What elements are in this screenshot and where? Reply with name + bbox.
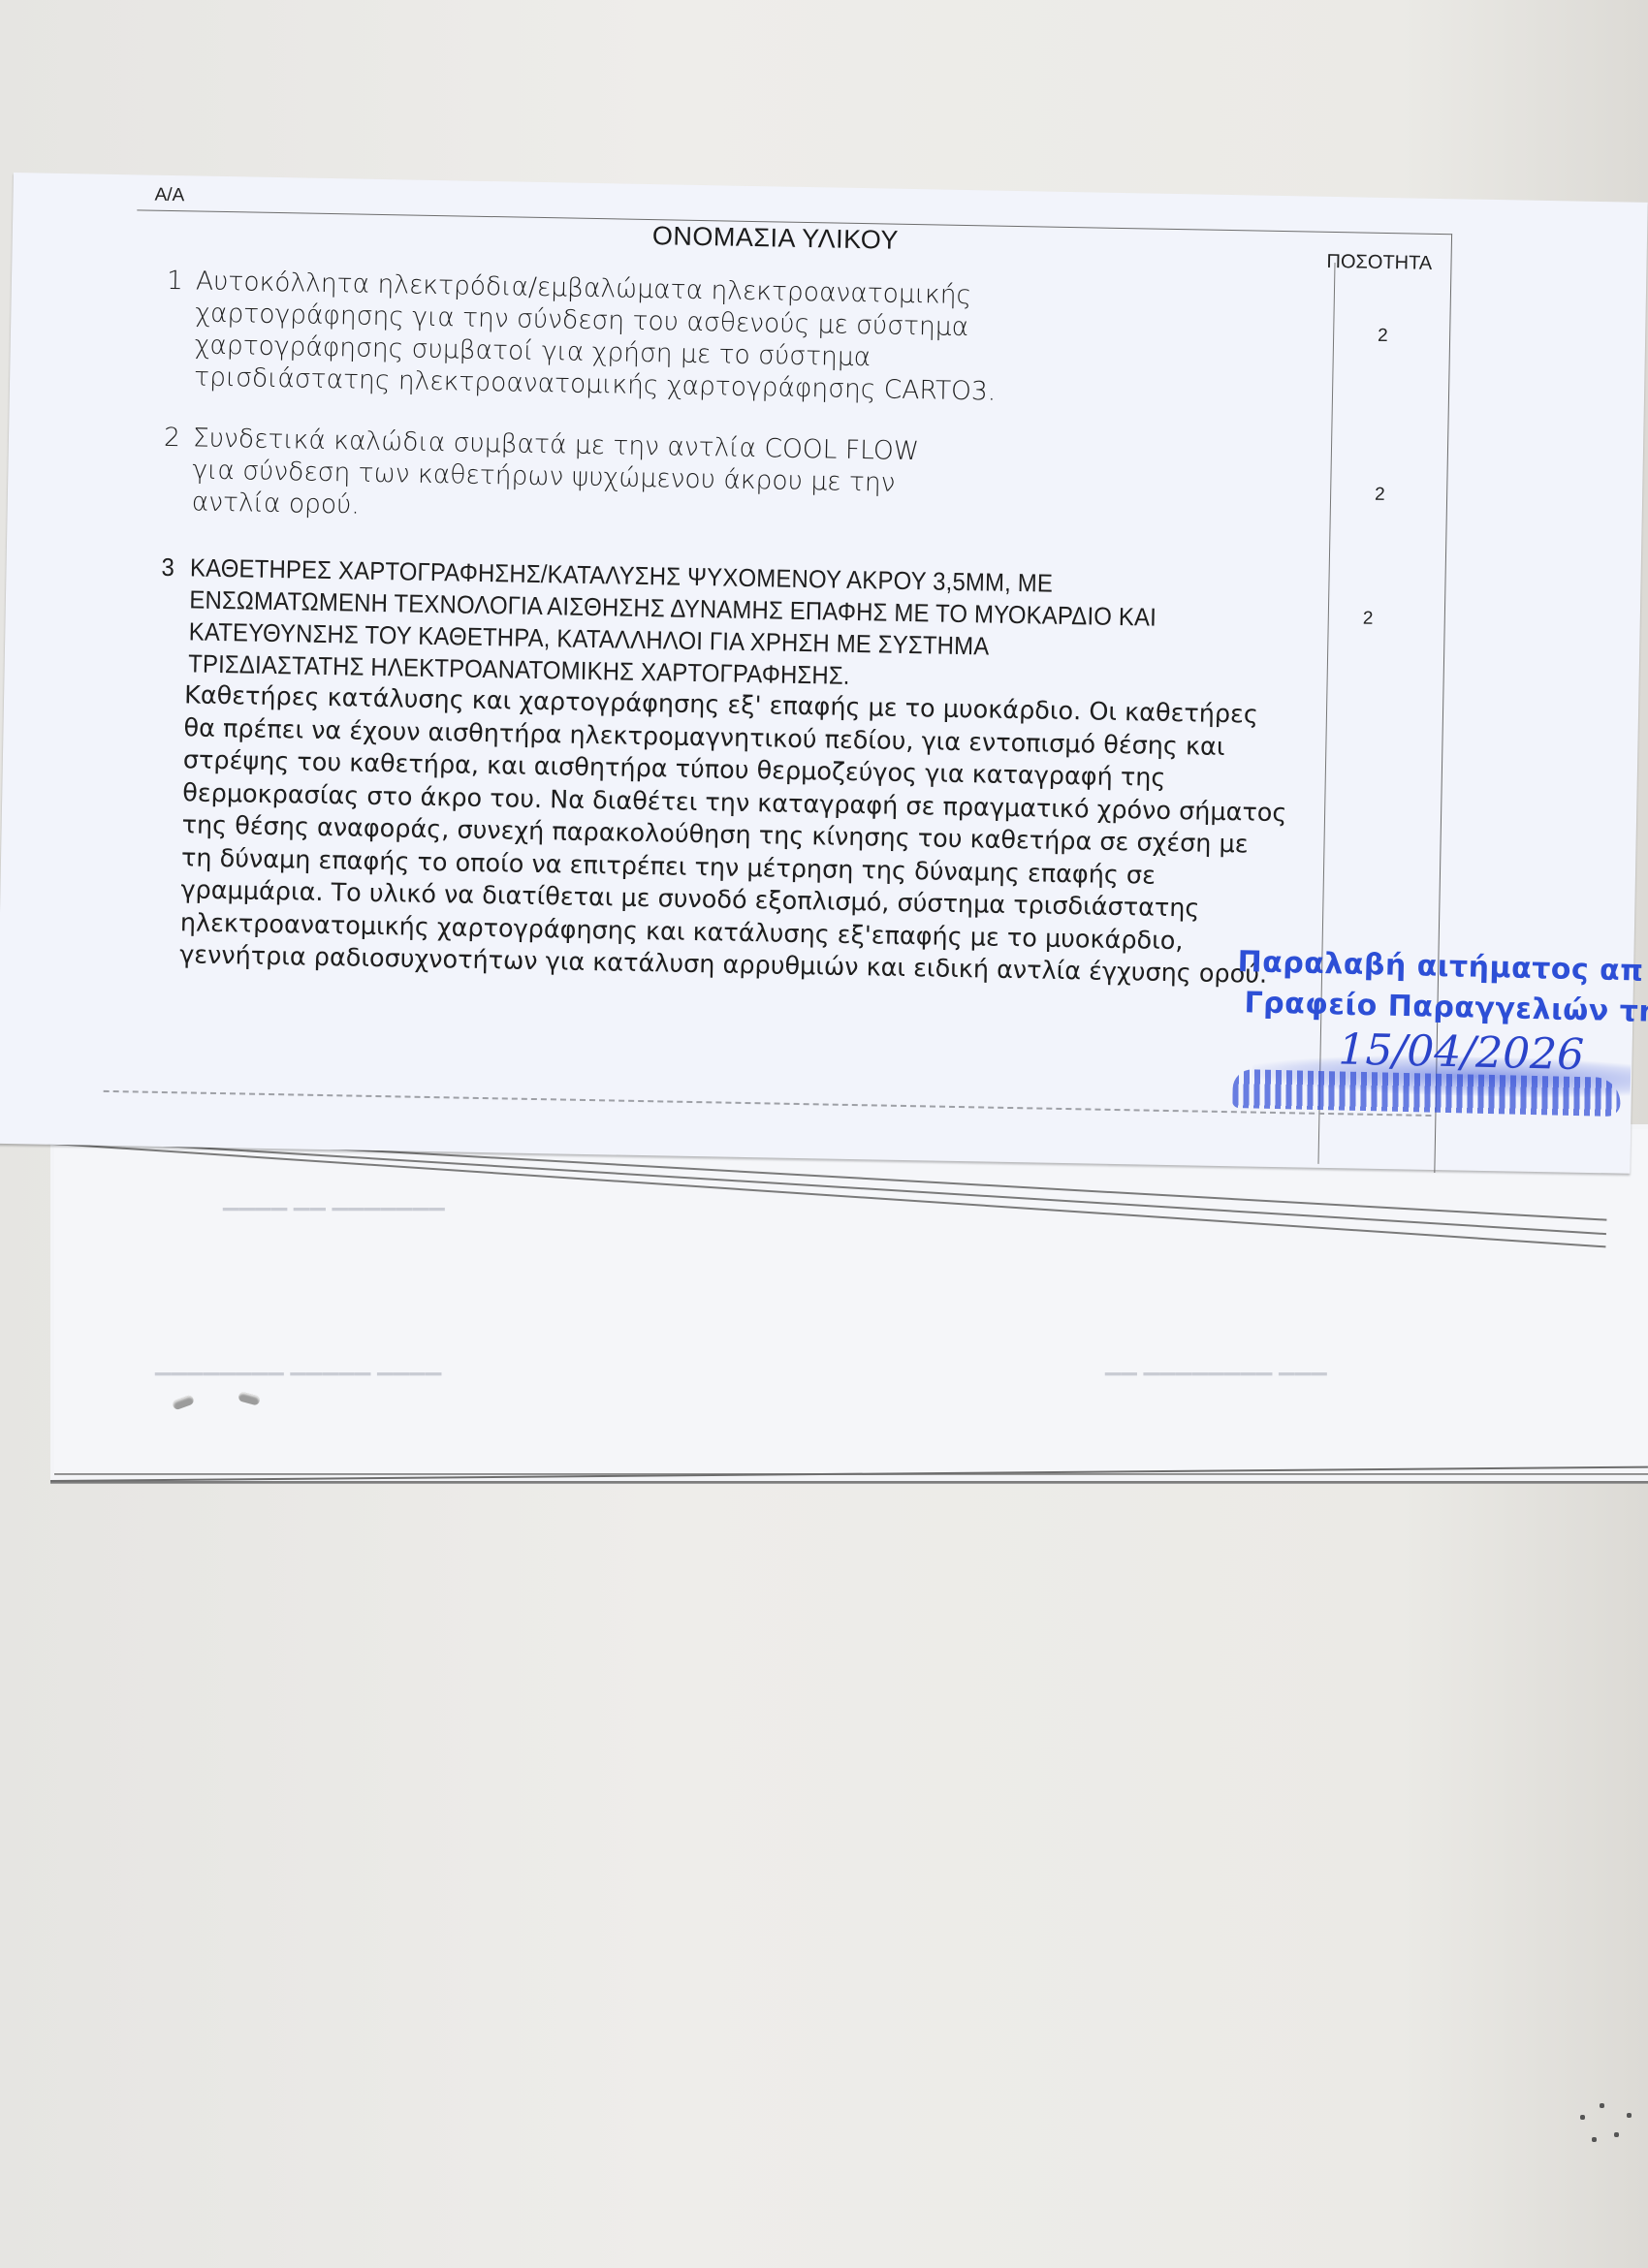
item-3-description: Καθετήρες κατάλυσης και χαρτογράφησης εξ… bbox=[179, 679, 1289, 992]
scan-dust-specks bbox=[1570, 2084, 1638, 2152]
item-number: 3 bbox=[161, 551, 174, 583]
item-quantity: 2 bbox=[1378, 326, 1388, 347]
stamp-handwritten-date: 15/04/2026 bbox=[1338, 1024, 1585, 1080]
stamp-line-2: Γραφείο Παραγγελιών τη bbox=[1244, 986, 1648, 1029]
item-row-1: 1 Αυτοκόλλητα ηλεκτρόδια/εμβαλώματα ηλεκ… bbox=[165, 265, 998, 408]
item-quantity: 2 bbox=[1375, 485, 1385, 506]
item-quantity: 2 bbox=[1363, 609, 1374, 630]
underlying-sheet bbox=[54, 1129, 1648, 1474]
bleed-through-text: ▁▁ ▁▁▁▁▁▁▁▁ ▁▁▁ bbox=[1105, 1352, 1327, 1376]
material-name-header: ΟΝΟΜΑΣΙΑ ΥΛΙΚΟΥ bbox=[652, 221, 900, 256]
quantity-header: ΠΟΣΟΤΗΤΑ bbox=[1326, 251, 1432, 275]
bleed-through-text: ▁▁▁▁▁▁▁▁ ▁▁▁▁▁ ▁▁▁▁ bbox=[155, 1352, 442, 1376]
bleed-through-text: ▁▁▁▁ ▁▁ ▁▁▁▁▁▁▁ bbox=[223, 1187, 445, 1212]
item-row-2: 2 Συνδετικά καλώδια συμβατά με την αντλί… bbox=[163, 422, 920, 531]
receipt-stamp: Παραλαβή αιτήματος απ Γραφείο Παραγγελιώ… bbox=[1231, 945, 1648, 1149]
item-number: 1 bbox=[167, 265, 183, 297]
item-row-3: 3 ΚΑΘΕΤΗΡΕΣ ΧΑΡΤΟΓΡΑΦΗΣΗΣ/ΚΑΤΑΛΥΣΗΣ ΨΥΧΟ… bbox=[159, 551, 1157, 698]
item-number: 2 bbox=[164, 422, 180, 454]
index-column-header: Α/Α bbox=[154, 185, 184, 207]
